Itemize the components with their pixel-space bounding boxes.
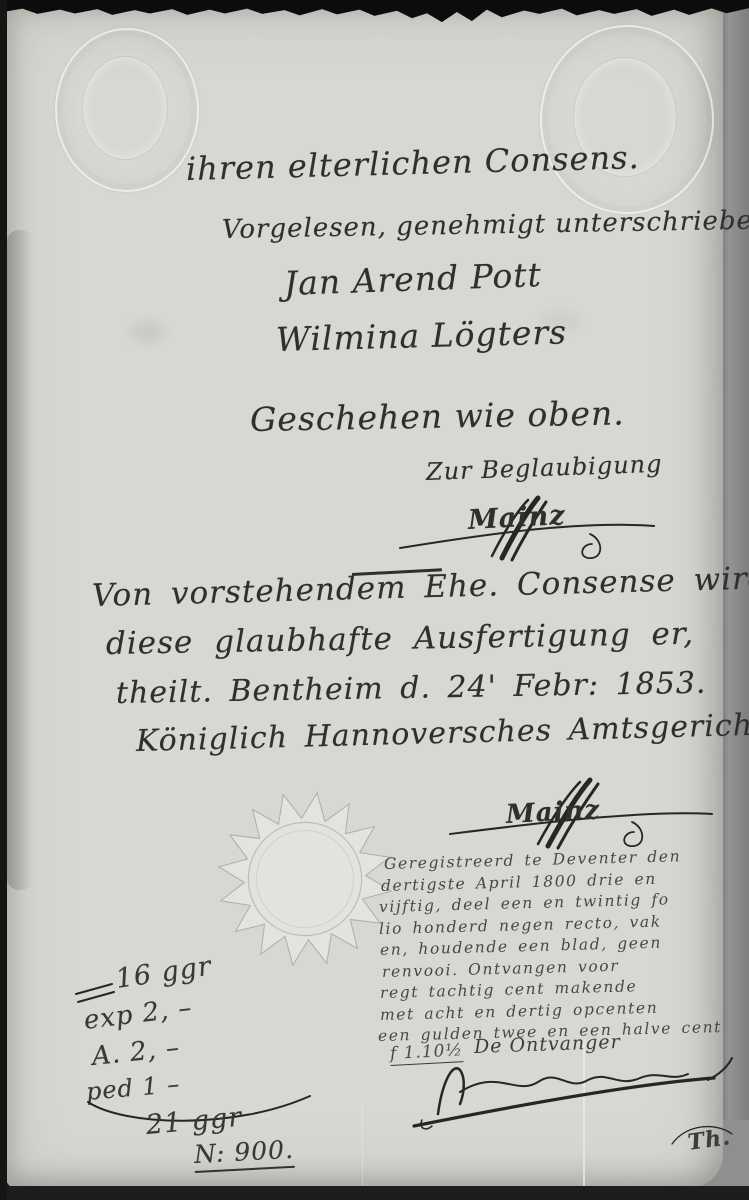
fee-equals-mark [74,978,118,1004]
paper-crease [362,1100,363,1186]
embossed-seal-left-center [82,56,168,160]
photo-left-edge [0,0,7,1200]
embossed-seal-right [540,25,714,214]
official-signature-1: Mainz [467,500,566,536]
official-signature-2: Mainz [505,795,601,830]
registration-note: Geregistreerd te Deventer den dertigste … [384,854,722,1048]
document-number: N: 900. [193,1135,294,1169]
bride-name: Wilmina Lögters [275,312,567,359]
embossed-seal-left [55,28,199,192]
paper-left-shadow [7,230,33,890]
sunburst-paper-seal [204,778,405,979]
document-photo: ihren elterlichen Consens. Vorgelesen, g… [0,0,749,1200]
paper-stain [130,322,164,342]
closing-line: Geschehen wie oben. [250,393,625,439]
photo-bottom-edge [0,1186,749,1200]
